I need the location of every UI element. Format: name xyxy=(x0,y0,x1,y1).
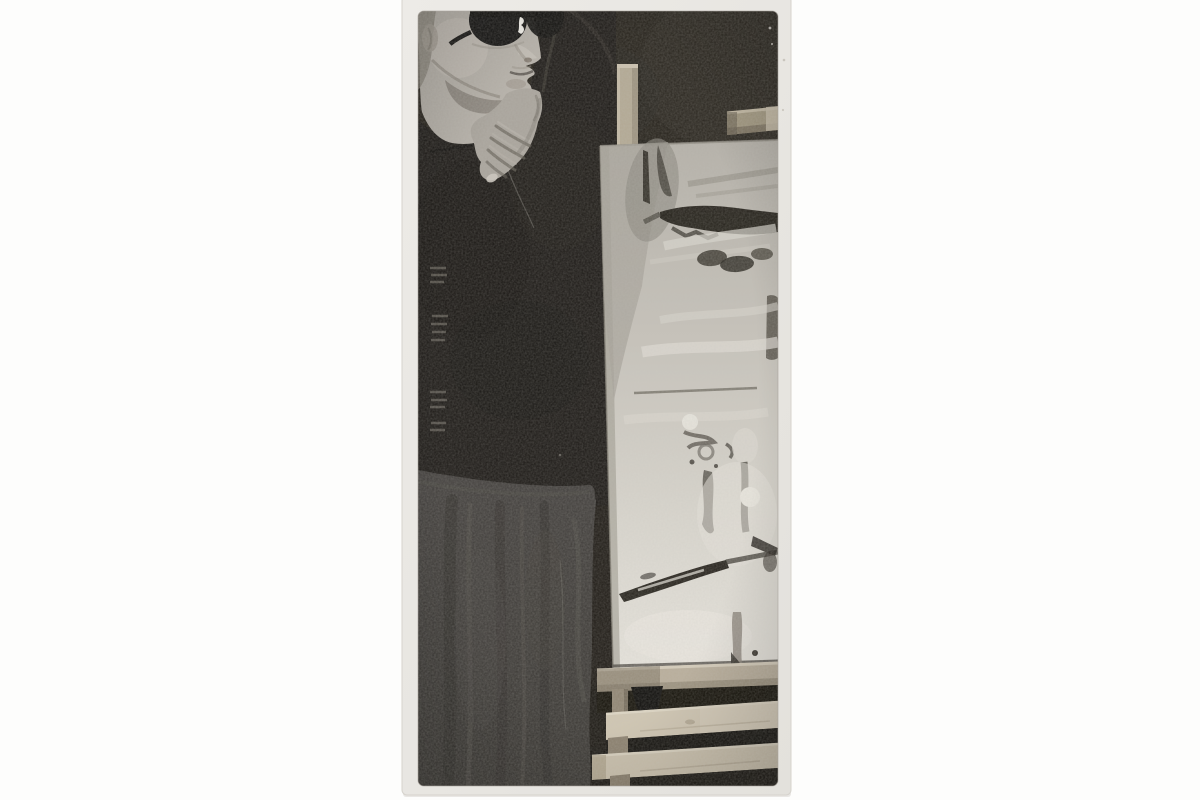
dust-speck xyxy=(782,109,784,111)
scanned-page: Grainy black-and-white photograph: a per… xyxy=(0,0,1200,800)
photo-scene xyxy=(0,0,1200,800)
dust-speck xyxy=(783,59,786,62)
photo-image xyxy=(370,0,820,800)
film-grain xyxy=(418,11,778,786)
photograph: Grainy black-and-white photograph: a per… xyxy=(0,0,1200,800)
